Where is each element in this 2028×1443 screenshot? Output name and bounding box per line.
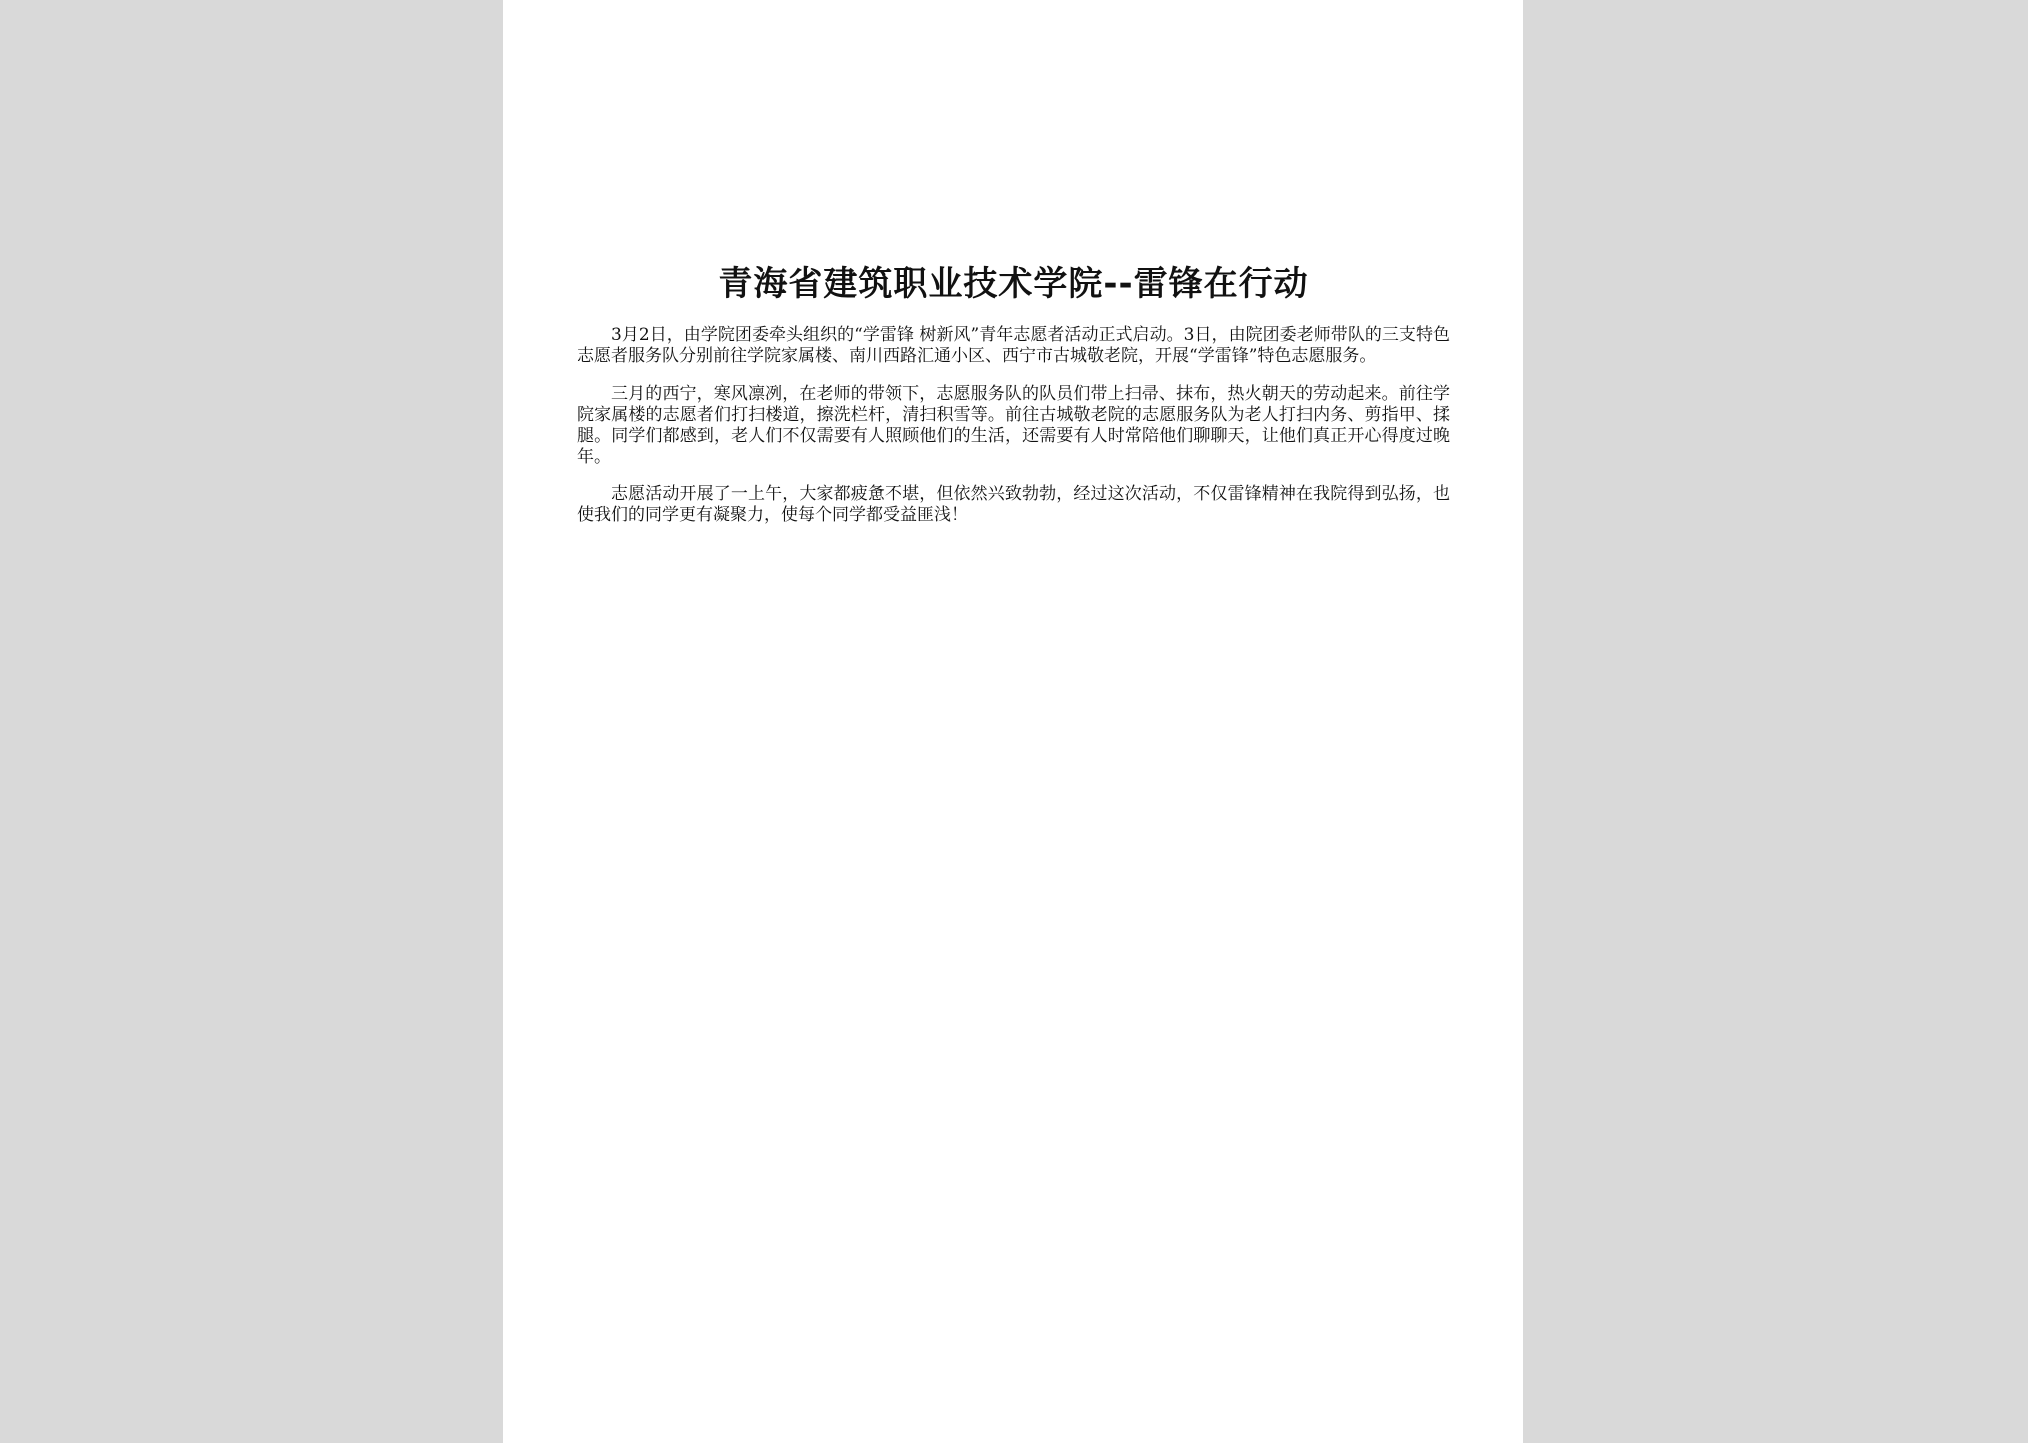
screenshot-root: 青海省建筑职业技术学院--雷锋在行动 3月2日，由学院团委牵头组织的“学雷锋 树… [0, 0, 2028, 1443]
paragraph-activity-details: 三月的西宁，寒风凛冽，在老师的带领下，志愿服务队的队员们带上扫帚、抹布，热火朝天… [577, 384, 1450, 468]
paragraph-conclusion: 志愿活动开展了一上午，大家都疲惫不堪，但依然兴致勃勃，经过这次活动，不仅雷锋精神… [577, 484, 1450, 526]
document-page: 青海省建筑职业技术学院--雷锋在行动 3月2日，由学院团委牵头组织的“学雷锋 树… [503, 0, 1523, 1443]
document-title: 青海省建筑职业技术学院--雷锋在行动 [577, 0, 1450, 304]
paragraph-intro: 3月2日，由学院团委牵头组织的“学雷锋 树新风”青年志愿者活动正式启动。3日，由… [577, 325, 1450, 367]
